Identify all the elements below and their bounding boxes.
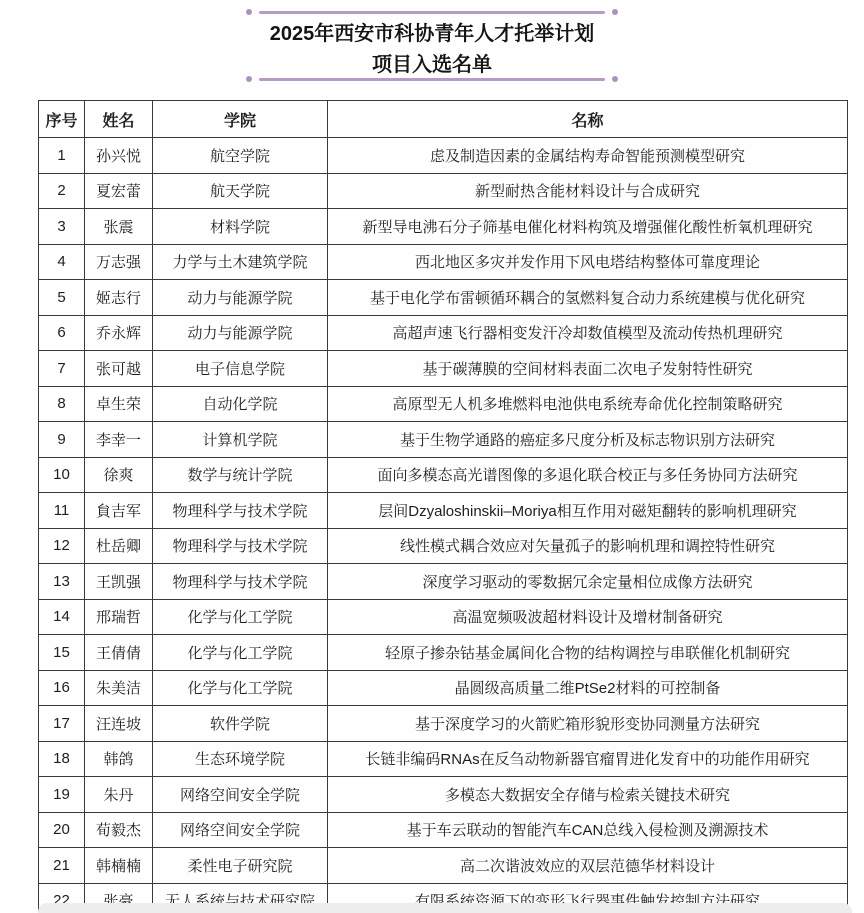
- table-row: 7 张可越 电子信息学院 基于碳薄膜的空间材料表面二次电子发射特性研究: [39, 351, 848, 387]
- college-cell: 网络空间安全学院: [153, 812, 328, 848]
- page-title-line2: 项目入选名单: [0, 55, 864, 75]
- divider-bar: [259, 78, 605, 81]
- person-name-cell: 朱丹: [85, 777, 153, 813]
- college-cell: 化学与化工学院: [153, 599, 328, 635]
- column-header-title: 名称: [328, 101, 848, 138]
- college-cell: 物理科学与技术学院: [153, 493, 328, 529]
- college-cell: 软件学院: [153, 706, 328, 742]
- column-header-number: 序号: [39, 101, 85, 138]
- person-name-cell: 卓生荣: [85, 386, 153, 422]
- announcement-page: 2025年西安市科协青年人才托举计划 项目入选名单 序号 姓名 学院 名称 1 …: [0, 0, 864, 913]
- person-name-cell: 张可越: [85, 351, 153, 387]
- table-row: 10 徐爽 数学与统计学院 面向多模态高光谱图像的多退化联合校正与多任务协同方法…: [39, 457, 848, 493]
- table-row: 13 王凯强 物理科学与技术学院 深度学习驱动的零数据冗余定量相位成像方法研究: [39, 564, 848, 600]
- table-row: 2 夏宏蕾 航天学院 新型耐热含能材料设计与合成研究: [39, 173, 848, 209]
- table-row: 14 邢瑞哲 化学与化工学院 高温宽频吸波超材料设计及增材制备研究: [39, 599, 848, 635]
- person-name-cell: 汪连坡: [85, 706, 153, 742]
- column-header-college: 学院: [153, 101, 328, 138]
- project-title-cell: 基于碳薄膜的空间材料表面二次电子发射特性研究: [328, 351, 848, 387]
- college-cell: 物理科学与技术学院: [153, 564, 328, 600]
- person-name-cell: 万志强: [85, 244, 153, 280]
- table-row: 12 杜岳卿 物理科学与技术学院 线性模式耦合效应对矢量孤子的影响机理和调控特性…: [39, 528, 848, 564]
- row-number-cell: 7: [39, 351, 85, 387]
- person-name-cell: 徐爽: [85, 457, 153, 493]
- project-title-cell: 轻原子掺杂钴基金属间化合物的结构调控与串联催化机制研究: [328, 635, 848, 671]
- bottom-card-edge: [38, 903, 852, 913]
- divider-dot-left-icon: [246, 76, 252, 82]
- table-row: 17 汪连坡 软件学院 基于深度学习的火箭贮箱形貌形变协同测量方法研究: [39, 706, 848, 742]
- person-name-cell: 朱美洁: [85, 670, 153, 706]
- row-number-cell: 18: [39, 741, 85, 777]
- row-number-cell: 6: [39, 315, 85, 351]
- person-name-cell: 张震: [85, 209, 153, 245]
- table-header-row: 序号 姓名 学院 名称: [39, 101, 848, 138]
- college-cell: 动力与能源学院: [153, 315, 328, 351]
- table-row: 3 张震 材料学院 新型导电沸石分子筛基电催化材料构筑及增强催化酸性析氧机理研究: [39, 209, 848, 245]
- row-number-cell: 15: [39, 635, 85, 671]
- college-cell: 柔性电子研究院: [153, 848, 328, 884]
- row-number-cell: 19: [39, 777, 85, 813]
- table-body: 1 孙兴悦 航空学院 虑及制造因素的金属结构寿命智能预测模型研究 2 夏宏蕾 航…: [39, 138, 848, 913]
- project-title-cell: 基于电化学布雷顿循环耦合的氢燃料复合动力系统建模与优化研究: [328, 280, 848, 316]
- project-title-cell: 层间Dzyaloshinskii–Moriya相互作用对磁矩翻转的影响机理研究: [328, 493, 848, 529]
- project-title-cell: 线性模式耦合效应对矢量孤子的影响机理和调控特性研究: [328, 528, 848, 564]
- table-row: 5 姬志行 动力与能源学院 基于电化学布雷顿循环耦合的氢燃料复合动力系统建模与优…: [39, 280, 848, 316]
- row-number-cell: 4: [39, 244, 85, 280]
- row-number-cell: 20: [39, 812, 85, 848]
- page-title-line1: 2025年西安市科协青年人才托举计划: [0, 24, 864, 44]
- row-number-cell: 17: [39, 706, 85, 742]
- person-name-cell: 荀毅杰: [85, 812, 153, 848]
- person-name-cell: 孙兴悦: [85, 138, 153, 174]
- person-name-cell: 杜岳卿: [85, 528, 153, 564]
- college-cell: 化学与化工学院: [153, 670, 328, 706]
- table-row: 6 乔永辉 动力与能源学院 高超声速飞行器相变发汗冷却数值模型及流动传热机理研究: [39, 315, 848, 351]
- project-title-cell: 新型耐热含能材料设计与合成研究: [328, 173, 848, 209]
- college-cell: 化学与化工学院: [153, 635, 328, 671]
- person-name-cell: 乔永辉: [85, 315, 153, 351]
- college-cell: 动力与能源学院: [153, 280, 328, 316]
- table-row: 21 韩楠楠 柔性电子研究院 高二次谐波效应的双层范德华材料设计: [39, 848, 848, 884]
- person-name-cell: 貟吉军: [85, 493, 153, 529]
- project-title-cell: 基于生物学通路的癌症多尺度分析及标志物识别方法研究: [328, 422, 848, 458]
- project-title-cell: 长链非编码RNAs在反刍动物新器官瘤胃进化发育中的功能作用研究: [328, 741, 848, 777]
- person-name-cell: 邢瑞哲: [85, 599, 153, 635]
- person-name-cell: 李幸一: [85, 422, 153, 458]
- table-row: 4 万志强 力学与土木建筑学院 西北地区多灾并发作用下风电塔结构整体可靠度理论: [39, 244, 848, 280]
- college-cell: 物理科学与技术学院: [153, 528, 328, 564]
- row-number-cell: 21: [39, 848, 85, 884]
- table-row: 11 貟吉军 物理科学与技术学院 层间Dzyaloshinskii–Moriya…: [39, 493, 848, 529]
- table-header: 序号 姓名 学院 名称: [39, 101, 848, 138]
- row-number-cell: 2: [39, 173, 85, 209]
- project-title-cell: 高原型无人机多堆燃料电池供电系统寿命优化控制策略研究: [328, 386, 848, 422]
- table-row: 18 韩鸽 生态环境学院 长链非编码RNAs在反刍动物新器官瘤胃进化发育中的功能…: [39, 741, 848, 777]
- project-title-cell: 虑及制造因素的金属结构寿命智能预测模型研究: [328, 138, 848, 174]
- table-row: 1 孙兴悦 航空学院 虑及制造因素的金属结构寿命智能预测模型研究: [39, 138, 848, 174]
- selection-roster-table: 序号 姓名 学院 名称 1 孙兴悦 航空学院 虑及制造因素的金属结构寿命智能预测…: [38, 100, 848, 913]
- college-cell: 航空学院: [153, 138, 328, 174]
- college-cell: 计算机学院: [153, 422, 328, 458]
- person-name-cell: 王凯强: [85, 564, 153, 600]
- project-title-cell: 多模态大数据安全存储与检索关键技术研究: [328, 777, 848, 813]
- person-name-cell: 王倩倩: [85, 635, 153, 671]
- person-name-cell: 韩楠楠: [85, 848, 153, 884]
- row-number-cell: 5: [39, 280, 85, 316]
- college-cell: 网络空间安全学院: [153, 777, 328, 813]
- row-number-cell: 3: [39, 209, 85, 245]
- divider-dot-left-icon: [246, 9, 252, 15]
- row-number-cell: 11: [39, 493, 85, 529]
- project-title-cell: 基于深度学习的火箭贮箱形貌形变协同测量方法研究: [328, 706, 848, 742]
- project-title-cell: 新型导电沸石分子筛基电催化材料构筑及增强催化酸性析氧机理研究: [328, 209, 848, 245]
- project-title-cell: 面向多模态高光谱图像的多退化联合校正与多任务协同方法研究: [328, 457, 848, 493]
- row-number-cell: 9: [39, 422, 85, 458]
- project-title-cell: 深度学习驱动的零数据冗余定量相位成像方法研究: [328, 564, 848, 600]
- person-name-cell: 姬志行: [85, 280, 153, 316]
- table-row: 20 荀毅杰 网络空间安全学院 基于车云联动的智能汽车CAN总线入侵检测及溯源技…: [39, 812, 848, 848]
- row-number-cell: 1: [39, 138, 85, 174]
- project-title-cell: 西北地区多灾并发作用下风电塔结构整体可靠度理论: [328, 244, 848, 280]
- project-title-cell: 高超声速飞行器相变发汗冷却数值模型及流动传热机理研究: [328, 315, 848, 351]
- row-number-cell: 14: [39, 599, 85, 635]
- person-name-cell: 夏宏蕾: [85, 173, 153, 209]
- decorative-divider-top: [246, 9, 618, 15]
- row-number-cell: 12: [39, 528, 85, 564]
- college-cell: 数学与统计学院: [153, 457, 328, 493]
- project-title-cell: 基于车云联动的智能汽车CAN总线入侵检测及溯源技术: [328, 812, 848, 848]
- table-row: 9 李幸一 计算机学院 基于生物学通路的癌症多尺度分析及标志物识别方法研究: [39, 422, 848, 458]
- college-cell: 航天学院: [153, 173, 328, 209]
- row-number-cell: 10: [39, 457, 85, 493]
- table-row: 16 朱美洁 化学与化工学院 晶圆级高质量二维PtSe2材料的可控制备: [39, 670, 848, 706]
- decorative-divider-bottom: [246, 76, 618, 82]
- project-title-cell: 高温宽频吸波超材料设计及增材制备研究: [328, 599, 848, 635]
- row-number-cell: 16: [39, 670, 85, 706]
- divider-dot-right-icon: [612, 76, 618, 82]
- table-row: 8 卓生荣 自动化学院 高原型无人机多堆燃料电池供电系统寿命优化控制策略研究: [39, 386, 848, 422]
- row-number-cell: 8: [39, 386, 85, 422]
- college-cell: 电子信息学院: [153, 351, 328, 387]
- divider-dot-right-icon: [612, 9, 618, 15]
- row-number-cell: 13: [39, 564, 85, 600]
- college-cell: 自动化学院: [153, 386, 328, 422]
- project-title-cell: 高二次谐波效应的双层范德华材料设计: [328, 848, 848, 884]
- table-row: 19 朱丹 网络空间安全学院 多模态大数据安全存储与检索关键技术研究: [39, 777, 848, 813]
- college-cell: 生态环境学院: [153, 741, 328, 777]
- college-cell: 材料学院: [153, 209, 328, 245]
- column-header-name: 姓名: [85, 101, 153, 138]
- college-cell: 力学与土木建筑学院: [153, 244, 328, 280]
- person-name-cell: 韩鸽: [85, 741, 153, 777]
- divider-bar: [259, 11, 605, 14]
- table-row: 15 王倩倩 化学与化工学院 轻原子掺杂钴基金属间化合物的结构调控与串联催化机制…: [39, 635, 848, 671]
- project-title-cell: 晶圆级高质量二维PtSe2材料的可控制备: [328, 670, 848, 706]
